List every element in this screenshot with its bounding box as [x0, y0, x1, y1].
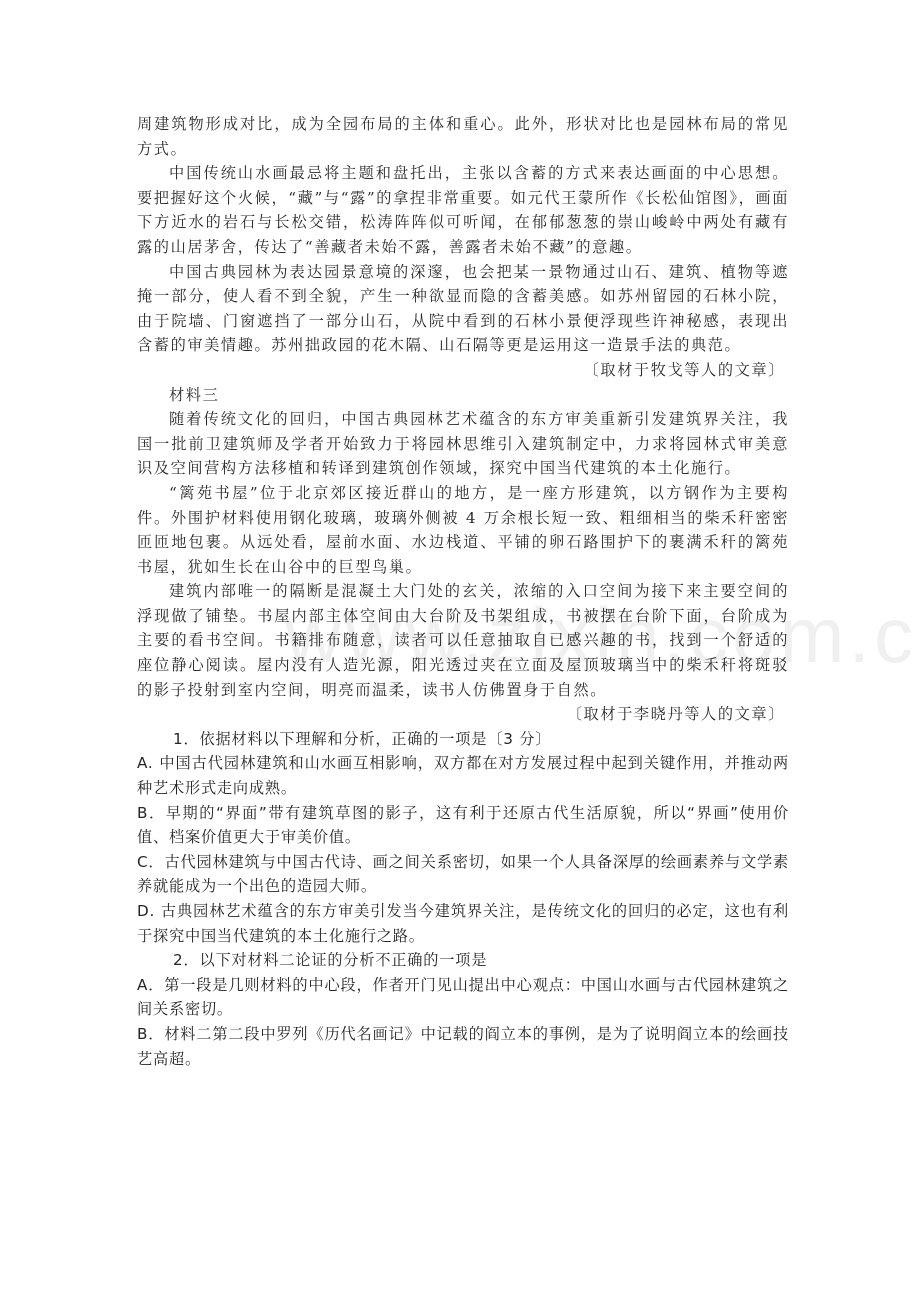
source-citation: 〔取材于牧戈等人的文章〕 [137, 358, 789, 383]
source-citation: 〔取材于李晓丹等人的文章〕 [137, 702, 789, 727]
option-b: B．材料二第二段中罗列《历代名画记》中记载的阎立本的事例，是为了说明阎立本的绘画… [137, 1022, 789, 1071]
option-a: A．第一段是几则材料的中心段，作者开门见山提出中心观点：中国山水画与古代园林建筑… [137, 973, 789, 1022]
paragraph: 周建筑物形成对比，成为全园布局的主体和重心。此外，形状对比也是园林布局的常见方式… [137, 112, 789, 161]
option-a: A. 中国古代园林建筑和山水画互相影响，双方都在对方发展过程中起到关键作用，并推… [137, 751, 789, 800]
option-b: B．早期的“界面”带有建筑草图的影子，这有利于还原古代生活原貌，所以“界画”使用… [137, 801, 789, 850]
paragraph: 中国传统山水画最忌将主题和盘托出，主张以含蓄的方式来表达画面的中心思想。要把握好… [137, 161, 789, 259]
question-stem: 1．依据材料以下理解和分析，正确的一项是〔3 分〕 [137, 727, 789, 752]
question-stem: 2．以下对材料二论证的分析不正确的一项是 [137, 948, 789, 973]
document-page: 周建筑物形成对比，成为全园布局的主体和重心。此外，形状对比也是园林布局的常见方式… [137, 112, 789, 1071]
question-2: 2．以下对材料二论证的分析不正确的一项是 A．第一段是几则材料的中心段，作者开门… [137, 948, 789, 1071]
section-heading: 材料三 [137, 383, 789, 408]
question-1: 1．依据材料以下理解和分析，正确的一项是〔3 分〕 A. 中国古代园林建筑和山水… [137, 727, 789, 948]
paragraph: 中国古典园林为表达园景意境的深邃，也会把某一景物通过山石、建筑、植物等遮掩一部分… [137, 260, 789, 358]
option-d: D. 古典园林艺术蕴含的东方审美引发当今建筑界关注，是传统文化的回归的必定，这也… [137, 899, 789, 948]
paragraph: 随着传统文化的回归，中国古典园林艺术蕴含的东方审美重新引发建筑界关注，我国一批前… [137, 407, 789, 481]
option-c: C．古代园林建筑与中国古代诗、画之间关系密切，如果一个人具备深厚的绘画素养与文学… [137, 850, 789, 899]
paragraph: 建筑内部唯一的隔断是混凝土大门处的玄关，浓缩的入口空间为接下来主要空间的浮现做了… [137, 579, 789, 702]
paragraph: “篱苑书屋”位于北京郊区接近群山的地方，是一座方形建筑，以方钢作为主要构件。外围… [137, 481, 789, 579]
